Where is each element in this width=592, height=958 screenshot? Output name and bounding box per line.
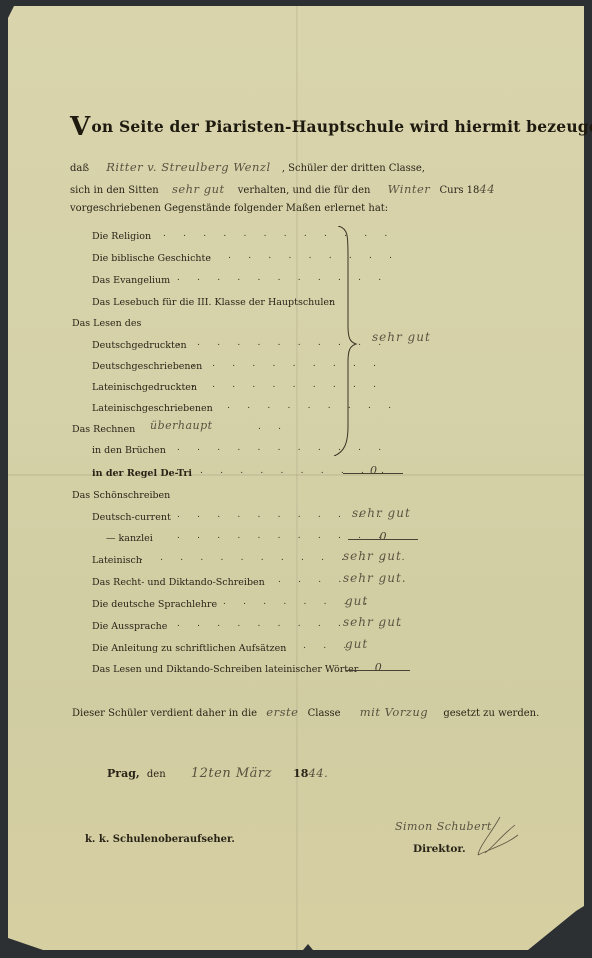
promotion-distinction-handwritten: mit Vorzug bbox=[360, 705, 428, 719]
leader-dots: . . . . . . . . . . bbox=[208, 251, 399, 261]
date-line: Prag, den 12ten März 1844. bbox=[107, 766, 328, 781]
grade-deutsch-current: sehr gut bbox=[352, 506, 411, 520]
conduct-line-middle: verhalten, und die für den bbox=[238, 185, 371, 196]
course-year-handwritten: 44 bbox=[479, 182, 495, 196]
subject-schoenschreiben: Das Schönschreiben bbox=[72, 490, 170, 501]
subject-deutschgeschriebenen: Deutschgeschriebenen bbox=[92, 361, 202, 372]
subject-aussprache: Die Aussprache bbox=[92, 621, 167, 632]
subject-sprachlehre: Die deutsche Sprachlehre bbox=[92, 599, 217, 610]
student-line: daß Ritter v. Streulberg Wenzl , Schüler… bbox=[70, 160, 425, 174]
student-name-handwritten: Ritter v. Streulberg Wenzl bbox=[106, 160, 270, 174]
subject-lateinischgedruckten: Lateinischgedruckten bbox=[92, 382, 197, 393]
student-line-prefix: daß bbox=[70, 163, 89, 174]
subjects-intro: vorgeschriebenen Gegenstände folgender M… bbox=[70, 203, 388, 214]
grade-de-tri: 0 bbox=[343, 473, 403, 474]
conduct-line-prefix: sich in den Sitten bbox=[70, 185, 159, 196]
subject-lesen-des: Das Lesen des bbox=[72, 318, 141, 329]
promotion-class-handwritten: erste bbox=[266, 705, 298, 719]
subject-brueche: in den Brüchen bbox=[92, 445, 166, 456]
date-den: den bbox=[147, 769, 166, 780]
rechnen-handwritten-note: überhaupt bbox=[150, 419, 213, 432]
leader-dots: . . . . . . . . . . bbox=[200, 466, 391, 476]
supervisor-label: k. k. Schulenoberaufseher. bbox=[85, 834, 235, 845]
leader-dots: . . bbox=[258, 422, 288, 432]
conduct-grade-handwritten: sehr gut bbox=[172, 182, 225, 196]
curly-brace-grouping bbox=[330, 226, 360, 456]
course-season-handwritten: Winter bbox=[388, 182, 431, 196]
grade-de-tri-value: 0 bbox=[370, 464, 377, 477]
date-year-handwritten: 44. bbox=[308, 766, 328, 780]
subject-lesebuch: Das Lesebuch für die III. Klasse der Hau… bbox=[92, 297, 335, 308]
subject-regel-de-tri: in der Regel De-Tri bbox=[92, 468, 192, 479]
subject-rechnen: Das Rechnen bbox=[72, 424, 135, 435]
leader-dots: . . . . bbox=[278, 575, 348, 585]
document-title: Von Seite der Piaristen-Hauptschule wird… bbox=[70, 112, 592, 142]
director-label: Direktor. bbox=[413, 843, 466, 855]
grade-sprachlehre: gut bbox=[345, 594, 368, 608]
signature-flourish bbox=[470, 815, 520, 860]
course-label: Curs 18 bbox=[440, 185, 480, 196]
subject-deutsch-current: Deutsch-current bbox=[92, 512, 171, 523]
date-year-printed: 18 bbox=[293, 767, 308, 780]
subject-evangelium: Das Evangelium bbox=[92, 275, 170, 286]
subject-aufsaetze: Die Anleitung zu schriftlichen Aufsätzen bbox=[92, 643, 286, 654]
title-text: on Seite der Piaristen-Hauptschule wird … bbox=[91, 117, 592, 136]
date-place: Prag, bbox=[107, 767, 140, 780]
grade-lateinische-woerter: 0 bbox=[346, 670, 410, 671]
leader-dots: . . . . . . . . . . bbox=[207, 401, 398, 411]
grade-aufsaetze: gut bbox=[345, 637, 368, 651]
grade-recht-diktando: sehr gut. bbox=[343, 571, 407, 585]
subject-recht-diktando: Das Recht- und Diktando-Schreiben bbox=[92, 577, 265, 588]
grade-kanzlei-value: 0 bbox=[380, 530, 387, 543]
leader-dots: . . . . bbox=[283, 641, 353, 651]
promotion-class-label: Classe bbox=[308, 708, 341, 719]
grade-kanzlei: 0 bbox=[348, 539, 418, 540]
grade-bracketed-group: sehr gut bbox=[372, 330, 431, 344]
promotion-line: Dieser Schüler verdient daher in die ers… bbox=[72, 705, 539, 719]
subject-lateinische-woerter: Das Lesen und Diktando-Schreiben lateini… bbox=[92, 664, 358, 675]
conduct-line: sich in den Sitten sehr gut verhalten, u… bbox=[70, 182, 495, 196]
promotion-prefix: Dieser Schüler verdient daher in die bbox=[72, 708, 257, 719]
title-initial: V bbox=[70, 112, 90, 142]
vertical-fold-crease bbox=[296, 6, 298, 950]
subject-kanzlei: — kanzlei bbox=[106, 533, 153, 544]
subject-religion: Die Religion bbox=[92, 231, 151, 242]
subject-lateinisch: Lateinisch bbox=[92, 555, 142, 566]
grade-lateinisch: sehr gut bbox=[343, 549, 402, 563]
student-line-suffix: , Schüler der dritten Classe, bbox=[282, 163, 425, 174]
subject-lateinischgeschriebenen: Lateinischgeschriebenen bbox=[92, 403, 213, 414]
grade-lateinische-woerter-value: 0 bbox=[375, 661, 382, 674]
date-handwritten: 12ten März bbox=[191, 766, 272, 781]
subject-deutschgedruckten: Deutschgedruckten bbox=[92, 340, 187, 351]
grade-aussprache: sehr gut bbox=[343, 615, 402, 629]
subject-biblische-geschichte: Die biblische Geschichte bbox=[92, 253, 211, 264]
promotion-suffix: gesetzt zu werden. bbox=[443, 708, 539, 719]
